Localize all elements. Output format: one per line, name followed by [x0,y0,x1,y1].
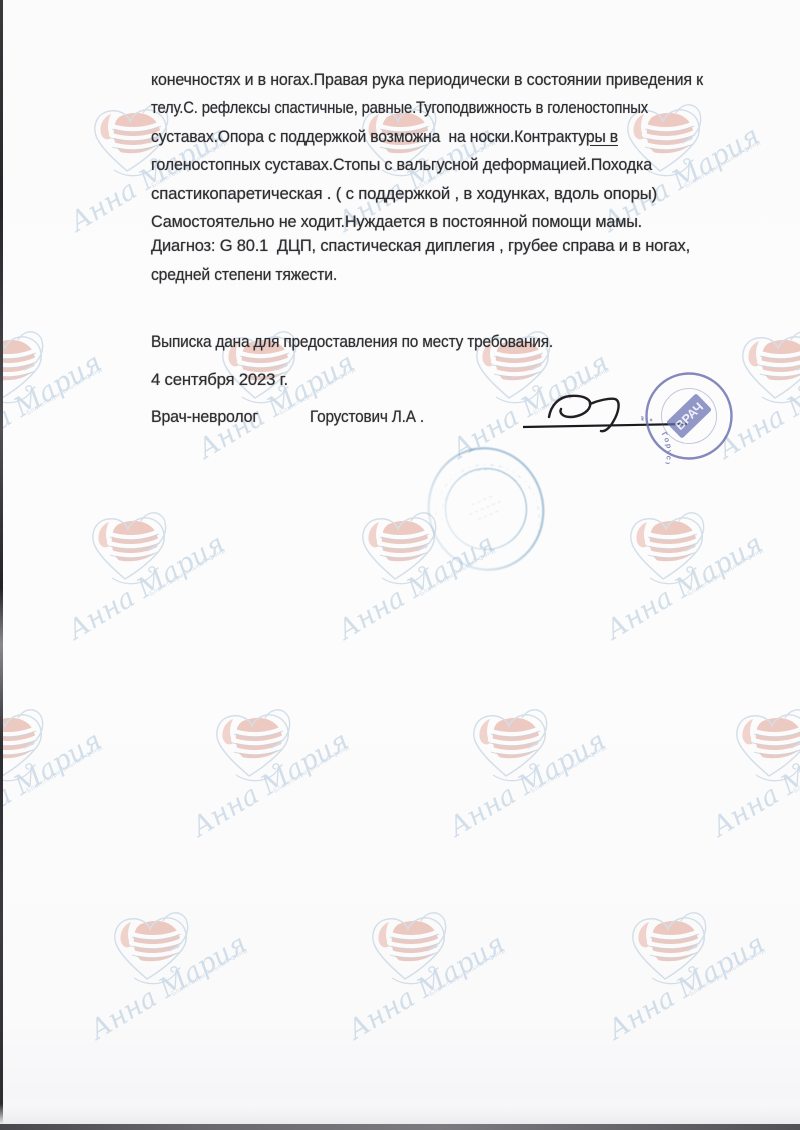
body-line-3-text: суставах.Опора с поддержкой возможна на … [151,127,586,146]
body-line-3-underlined: ры в [586,127,618,146]
scan-edge-left [0,0,3,1130]
signature-squiggle [549,396,590,417]
doctor-stamp-center: ВРАЧ [666,393,712,439]
document-text: конечностях и в ногах.Правая рука период… [0,0,800,1130]
body-line-3: суставах.Опора с поддержкой возможна на … [151,126,618,148]
body-line-4: голеностопных суставах.Стопы с вальгусно… [151,154,652,176]
scan-shadow-bottom [0,1104,800,1124]
doctor-name: Горустович Л.А . [310,406,424,428]
scanned-medical-document: { "page": {"background": "#fcfcfc"}, "co… [0,0,800,1130]
date-line: 4 сентября 2023 г. [151,369,288,391]
doctor-role: Врач-невролог [151,406,258,428]
body-line-1: конечностях и в ногах.Правая рука период… [151,69,703,91]
body-line-5: спастикопаретическая . ( с поддержкой , … [151,183,657,205]
body-line-6: Самостоятельно не ходит.Нуждается в пост… [151,211,642,233]
doctor-stamp: Горустович Людмила Александровна * ВРАЧ [641,368,737,464]
body-line-2: телу.С. рефлексы спастичные, равные.Туго… [151,97,648,119]
diagnosis-line-2: средней степени тяжести. [151,264,337,286]
issue-statement: Выписка дана для предоставления по месту… [151,331,553,353]
diagnosis-line-1: Диагноз: G 80.1 ДЦП, спастическая диплег… [151,235,690,257]
scan-edge-bottom [0,1124,800,1130]
